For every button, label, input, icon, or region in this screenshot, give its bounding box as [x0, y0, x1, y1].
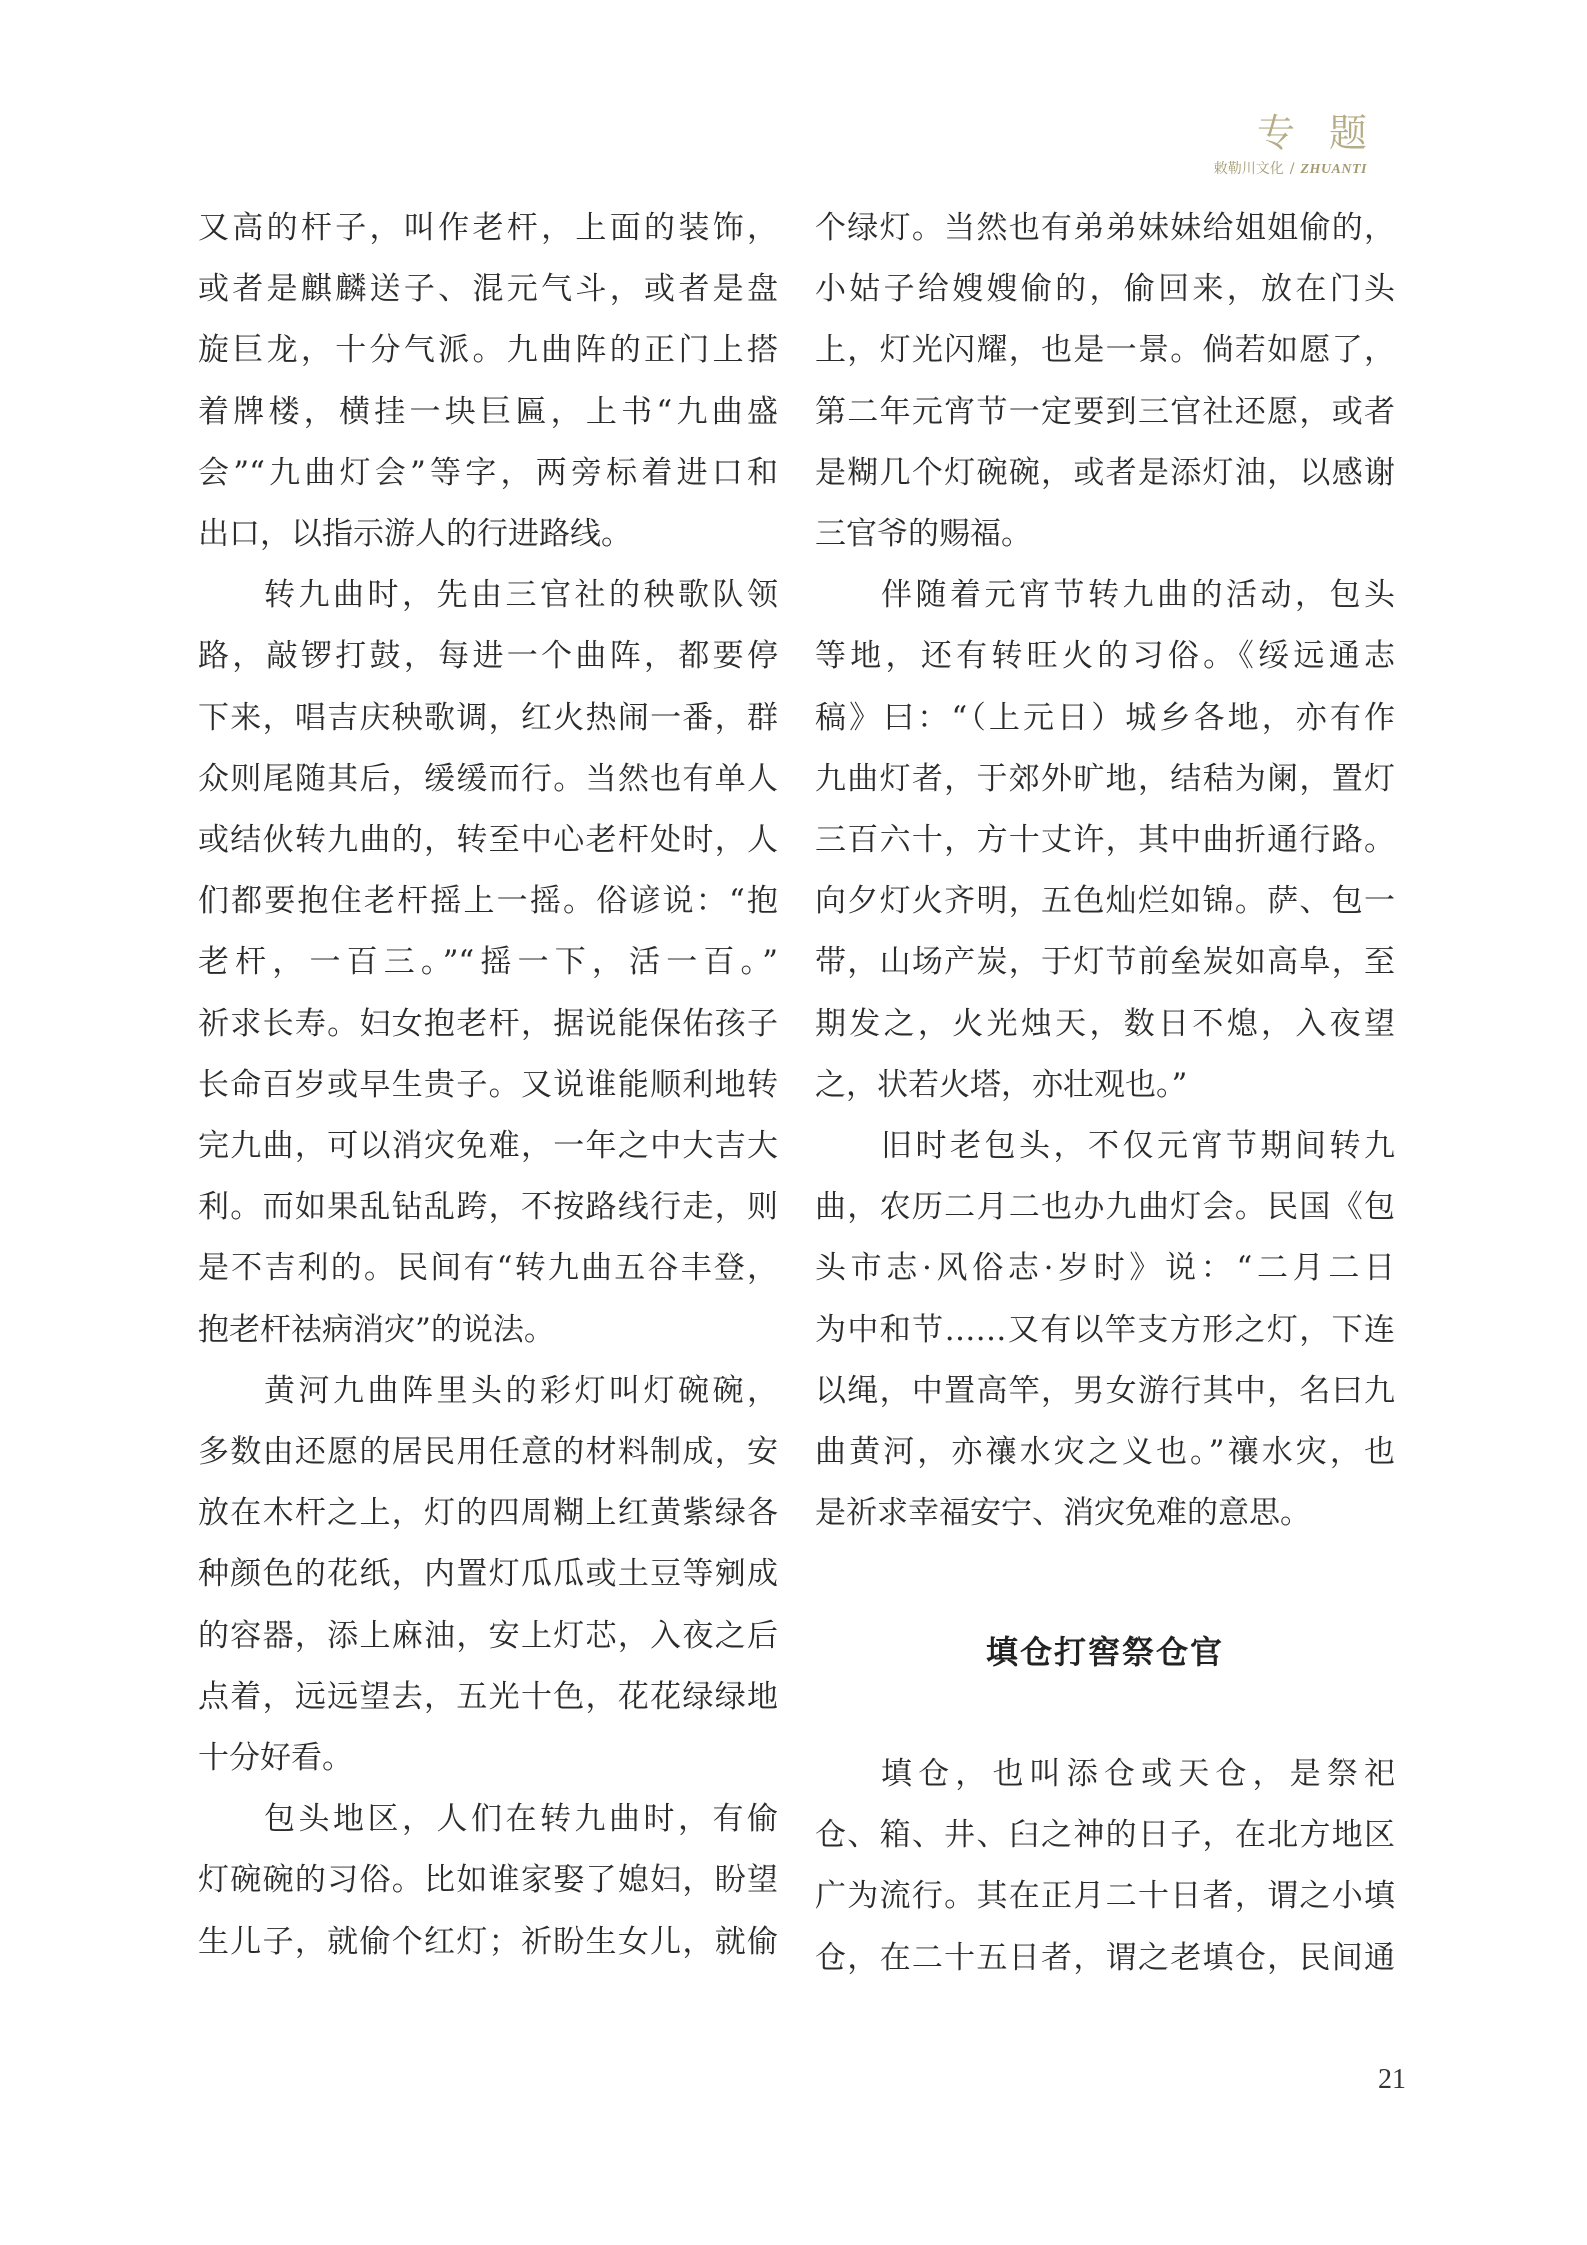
text-line: 广为流行。其在正月二十日者，谓之小填 [815, 1874, 1395, 1918]
text-line: 老杆，一百三。”“摇一下，活一百。” [198, 940, 778, 984]
paragraph-first-line: 伴随着元宵节转九曲的活动，包头 [815, 573, 1395, 617]
text-line: 多数由还愿的居民用任意的材料制成，安 [198, 1430, 778, 1474]
text-line: 是不吉利的。民间有“转九曲五谷丰登， [198, 1246, 778, 1290]
text-line: 灯碗碗的习俗。比如谁家娶了媳妇，盼望 [198, 1858, 778, 1902]
column-name-cn: 敕勒川文化 [1214, 161, 1284, 177]
text-line: 或结伙转九曲的，转至中心老杆处时，人 [198, 818, 778, 862]
text-line: 曲黄河，亦禳水灾之义也。”禳水灾，也 [815, 1430, 1395, 1474]
section-label: 专题 [1214, 108, 1401, 158]
paragraph-first-line: 旧时老包头，不仅元宵节期间转九 [815, 1124, 1395, 1168]
text-line: 会”“九曲灯会”等字，两旁标着进口和 [198, 451, 778, 495]
paragraph-first-line: 包头地区，人们在转九曲时，有偷 [198, 1797, 778, 1841]
text-line: 抱老杆祛病消灾”的说法。 [198, 1308, 778, 1352]
text-line: 期发之，火光烛天，数日不熄，入夜望 [815, 1002, 1395, 1046]
text-line: 的容器，添上麻油，安上灯芯，入夜之后 [198, 1614, 778, 1658]
text-line: 们都要抱住老杆摇上一摇。俗谚说：“抱 [198, 879, 778, 923]
text-line: 十分好看。 [198, 1736, 778, 1780]
paragraph-first-line: 转九曲时，先由三官社的秧歌队领 [198, 573, 778, 617]
text-line: 九曲灯者，于郊外旷地，结秸为阑，置灯 [815, 757, 1395, 801]
text-line: 着牌楼，横挂一块巨匾，上书“九曲盛 [198, 390, 778, 434]
text-line: 利。而如果乱钻乱跨，不按路线行走，则 [198, 1185, 778, 1229]
text-line: 放在木杆之上，灯的四周糊上红黄紫绿各 [198, 1491, 778, 1535]
text-line: 仓、箱、井、臼之神的日子，在北方地区 [815, 1813, 1395, 1857]
text-line: 之，状若火塔，亦壮观也。” [815, 1063, 1395, 1107]
text-line: 点着，远远望去，五光十色，花花绿绿地 [198, 1675, 778, 1719]
section-heading: 填仓打窖祭仓官 [815, 1630, 1395, 1674]
text-line: 以绳，中置高竿，男女游行其中，名曰九 [815, 1369, 1395, 1413]
paragraph-first-line: 填仓，也叫添仓或天仓，是祭祀 [815, 1752, 1395, 1796]
text-line: 向夕灯火齐明，五色灿烂如锦。萨、包一 [815, 879, 1395, 923]
section-sublabel: 敕勒川文化/ZHUANTI [1214, 160, 1367, 179]
text-line: 众则尾随其后，缓缓而行。当然也有单人 [198, 757, 778, 801]
page-header: 专题 敕勒川文化/ZHUANTI [1214, 108, 1367, 179]
text-line: 生儿子，就偷个红灯；祈盼生女儿，就偷 [198, 1920, 778, 1964]
text-line: 为中和节……又有以竿支方形之灯，下连 [815, 1308, 1395, 1352]
text-line: 下来，唱吉庆秧歌调，红火热闹一番，群 [198, 696, 778, 740]
text-line: 三官爷的赐福。 [815, 512, 1395, 556]
text-line: 又高的杆子，叫作老杆，上面的装饰， [198, 206, 778, 250]
text-line: 旋巨龙，十分气派。九曲阵的正门上搭 [198, 328, 778, 372]
text-line: 个绿灯。当然也有弟弟妹妹给姐姐偷的， [815, 206, 1395, 250]
page-number: 21 [1378, 2064, 1406, 2096]
separator: / [1290, 161, 1295, 177]
text-line: 头市志·风俗志·岁时》说：“二月二日 [815, 1246, 1395, 1290]
text-line: 带，山场产炭，于灯节前垒炭如高阜，至 [815, 940, 1395, 984]
text-line: 出口，以指示游人的行进路线。 [198, 512, 778, 556]
text-line: 完九曲，可以消灾免难，一年之中大吉大 [198, 1124, 778, 1168]
text-line: 或者是麒麟送子、混元气斗，或者是盘 [198, 267, 778, 311]
text-line: 三百六十，方十丈许，其中曲折通行路。 [815, 818, 1395, 862]
text-line: 路，敲锣打鼓，每进一个曲阵，都要停 [198, 634, 778, 678]
column-name-en: ZHUANTI [1301, 162, 1368, 177]
text-line: 稿》曰：“（上元日）城乡各地，亦有作 [815, 696, 1395, 740]
text-line: 曲，农历二月二也办九曲灯会。民国《包 [815, 1185, 1395, 1229]
text-line: 第二年元宵节一定要到三官社还愿，或者 [815, 390, 1395, 434]
text-line: 是祈求幸福安宁、消灾免难的意思。 [815, 1491, 1395, 1535]
text-line: 种颜色的花纸，内置灯瓜瓜或土豆等剜成 [198, 1552, 778, 1596]
text-line: 等地，还有转旺火的习俗。《绥远通志 [815, 634, 1395, 678]
paragraph-first-line: 黄河九曲阵里头的彩灯叫灯碗碗， [198, 1369, 778, 1413]
text-line: 上，灯光闪耀，也是一景。倘若如愿了， [815, 328, 1395, 372]
text-line: 是糊几个灯碗碗，或者是添灯油，以感谢 [815, 451, 1395, 495]
text-line: 长命百岁或早生贵子。又说谁能顺利地转 [198, 1063, 778, 1107]
text-line: 小姑子给嫂嫂偷的，偷回来，放在门头 [815, 267, 1395, 311]
text-line: 仓，在二十五日者，谓之老填仓，民间通 [815, 1936, 1395, 1980]
text-line: 祈求长寿。妇女抱老杆，据说能保佑孩子 [198, 1002, 778, 1046]
